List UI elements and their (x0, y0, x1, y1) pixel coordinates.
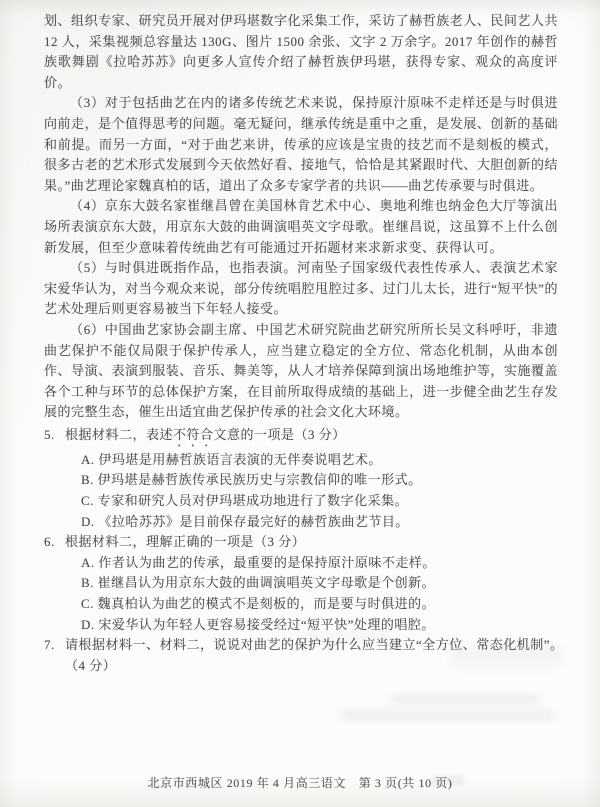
option-c: C. 专家和研究人员对伊玛堪成功地进行了数字化采集。 (44, 491, 558, 512)
page-footer: 北京市西城区 2019 年 4 月高三语文 第 3 页(共 10 页) (0, 774, 600, 791)
material-paragraph-6: （6）中国曲艺家协会副主席、中国艺术研究院曲艺研究所所长吴文科呼吁，非遗曲艺保护… (44, 320, 558, 423)
option-d: D. 宋爱华认为年轻人更容易接受经过“短平快”处理的唱腔。 (44, 615, 558, 636)
question-7: 7. 请根据材料一、材料二，说说对曲艺的保护为什么应当建立“全方位、常态化机制”… (44, 635, 558, 676)
stem-emphasized: 不符合 (173, 427, 214, 442)
option-a: A. 作者认为曲艺的传承，最重要的是保持原汁原味不走样。 (44, 553, 558, 574)
stem-post: 文意的一项是（3 分） (214, 427, 346, 442)
question-stem-text: 请根据材料一、材料二，说说对曲艺的保护为什么应当建立“全方位、常态化机制”。 (65, 635, 564, 656)
material-paragraph-5: （5）与时俱进既指作品，也指表演。河南坠子国家级代表性传承人、表演艺术家宋爱华认… (44, 258, 558, 320)
question-stem-text: 根据材料二，理解正确的一项是（3 分） (65, 532, 558, 553)
material-paragraph-3: （3）对于包括曲艺在内的诸多传统艺术来说，保持原汁原味不走样还是与时俱进向前走，… (44, 93, 558, 196)
question-number: 6. (44, 532, 65, 553)
scanned-exam-page: 划、组织专家、研究员开展对伊玛堪数字化采集工作，采访了赫哲族老人、民间艺人共 1… (0, 0, 600, 807)
question-7-stem: 7. 请根据材料一、材料二，说说对曲艺的保护为什么应当建立“全方位、常态化机制”… (44, 635, 558, 656)
option-a: A. 伊玛堪是用赫哲族语言表演的无伴奏说唱艺术。 (44, 450, 558, 471)
question-6: 6. 根据材料二，理解正确的一项是（3 分） A. 作者认为曲艺的传承，最重要的… (44, 532, 558, 635)
question-number: 5. (44, 425, 65, 446)
question-5-stem: 5. 根据材料二，表述不符合文意的一项是（3 分） (44, 425, 558, 450)
question-stem-text: 根据材料二，表述不符合文意的一项是（3 分） (65, 425, 558, 450)
page-content: 划、组织专家、研究员开展对伊玛堪数字化采集工作，采访了赫哲族老人、民间艺人共 1… (44, 11, 558, 676)
material-paragraph-4: （4）京东大鼓名家崔继昌曾在美国林肯艺术中心、奥地利维也纳金色大厅等演出场所表演… (44, 196, 558, 258)
questions-section: 5. 根据材料二，表述不符合文意的一项是（3 分） A. 伊玛堪是用赫哲族语言表… (44, 425, 558, 677)
scan-bleedthrough-mark (340, 710, 555, 721)
material-paragraph-continuation: 划、组织专家、研究员开展对伊玛堪数字化采集工作，采访了赫哲族老人、民间艺人共 1… (44, 11, 558, 93)
option-b: B. 伊玛堪是赫哲族传承民族历史与宗教信仰的唯一形式。 (44, 470, 558, 491)
stem-pre: 根据材料二，表述 (65, 427, 173, 442)
option-c: C. 魏真柏认为曲艺的模式不是刻板的，而是要与时俱进的。 (44, 594, 558, 615)
option-d: D. 《拉哈苏苏》是目前保存最完好的赫哲族曲艺节目。 (44, 512, 558, 533)
scan-bleedthrough-mark (390, 695, 540, 704)
question-number: 7. (44, 635, 65, 656)
question-6-stem: 6. 根据材料二，理解正确的一项是（3 分） (44, 532, 558, 553)
option-b: B. 崔继昌认为用京东大鼓的曲调演唱英文字母歌是个创新。 (44, 573, 558, 594)
question-7-score: （4 分） (44, 656, 558, 677)
question-5: 5. 根据材料二，表述不符合文意的一项是（3 分） A. 伊玛堪是用赫哲族语言表… (44, 425, 558, 532)
